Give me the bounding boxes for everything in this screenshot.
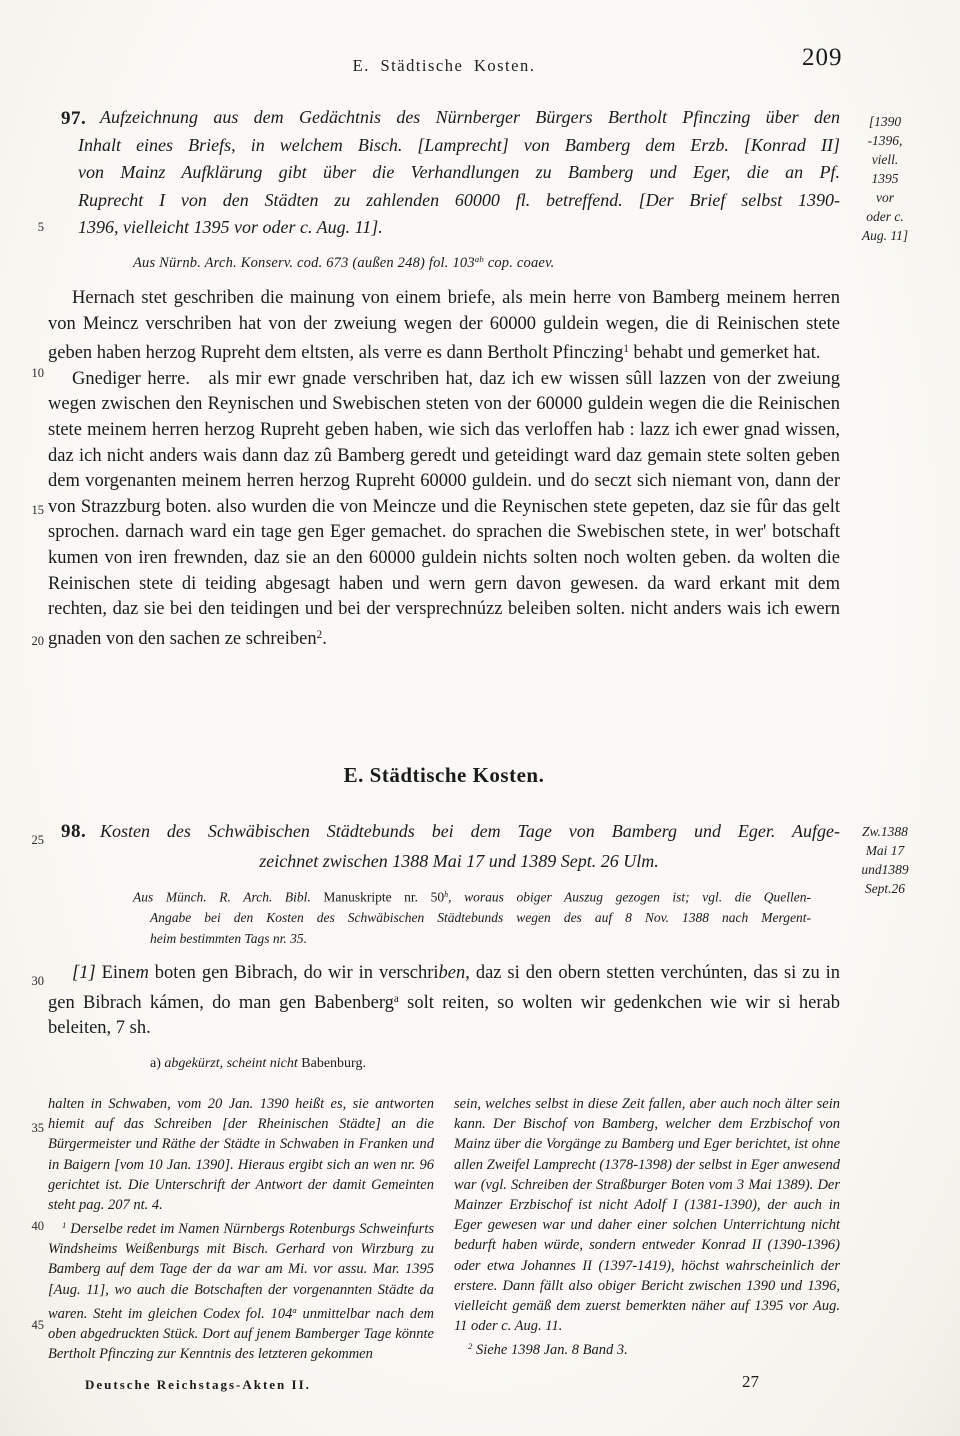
margin-note-line: Zw.1388 (845, 822, 925, 841)
paragraph-text: . (322, 629, 327, 649)
source-text: Aus Münch. R. Arch. Bibl. (133, 889, 323, 904)
margin-note-line: 1395 (845, 169, 925, 188)
paragraph-text: Gnediger herre. als mir ewr gnade versch… (48, 369, 840, 649)
footnote-column-left: halten in Schwaben, vom 20 Jan. 1390 hei… (48, 1094, 434, 1364)
line-number: 5 (24, 220, 44, 235)
footnote-continuation: halten in Schwaben, vom 20 Jan. 1390 hei… (48, 1094, 434, 1215)
body-paragraph: Hernach stet geschriben die mainung von … (48, 286, 840, 367)
footnote-column-right: sein, welches selbst in diese Zeit falle… (454, 1094, 840, 1364)
heading-line: Inhalt eines Briefs, in welchem Bisch. [… (78, 132, 840, 160)
margin-note-line: und1389 (845, 860, 925, 879)
margin-note-line: Sept.26 (845, 879, 925, 898)
line-number: 25 (24, 833, 44, 848)
line-number: 10 (24, 366, 44, 381)
entry-98-heading: 98. Kosten des Schwäbischen Städtebunds … (78, 816, 840, 876)
margin-note-line: vor (845, 188, 925, 207)
margin-date-note-97: [1390 -1396, viell. 1395 vor oder c. Aug… (845, 112, 925, 245)
source-line: Angabe bei den Kosten des Schwäbischen S… (133, 907, 811, 928)
source-line: Aus Münch. R. Arch. Bibl. Manuskripte nr… (133, 884, 811, 907)
page-number: 209 (802, 44, 843, 72)
entry-97-source-note: Aus Nürnb. Arch. Konserv. cod. 673 (auße… (133, 254, 554, 272)
line-number: 15 (24, 503, 44, 518)
paragraph-text: ben (439, 963, 466, 983)
footnote-text: Siehe 1398 Jan. 8 Band 3. (472, 1342, 627, 1358)
paragraph-text: [1] (72, 963, 102, 983)
line-number: 35 (24, 1121, 44, 1136)
heading-line: zeichnet zwischen 1388 Mai 17 und 1389 S… (78, 846, 840, 876)
margin-note-line: [1390 (845, 112, 925, 131)
margin-note-line: viell. (845, 150, 925, 169)
footnote-2: 2 Siehe 1398 Jan. 8 Band 3. (454, 1336, 840, 1360)
margin-note-line: oder c. (845, 207, 925, 226)
note-text: Babenburg. (301, 1056, 366, 1071)
note-text: abgekürzt, scheint nicht (164, 1056, 301, 1071)
line-number: 20 (24, 634, 44, 649)
margin-note-line: Mai 17 (845, 841, 925, 860)
section-heading: E. Städtische Kosten. (48, 763, 840, 788)
heading-line: Aufzeichnung aus dem Gedächtnis des Nürn… (78, 104, 840, 132)
body-paragraph: [1] Einem boten gen Bibrach, do wir in v… (48, 961, 840, 1042)
footer-signature: Deutsche Reichstags-Akten II. (85, 1377, 311, 1393)
line-number: 40 (24, 1219, 44, 1234)
line-number: 30 (24, 974, 44, 989)
heading-line: Ruprecht I von den Städten zu zahlenden … (78, 187, 840, 215)
body-paragraph: Gnediger herre. als mir ewr gnade versch… (48, 367, 840, 653)
footnote-continuation: sein, welches selbst in diese Zeit falle… (454, 1094, 840, 1336)
running-header: E. Städtische Kosten. (48, 56, 840, 76)
heading-line: Kosten des Schwäbischen Städtebunds bei … (78, 816, 840, 846)
source-line: heim bestimmten Tags nr. 35. (133, 928, 811, 949)
margin-date-note-98: Zw.1388 Mai 17 und1389 Sept.26 (845, 822, 925, 898)
textual-note-a: a) abgekürzt, scheint nicht Babenburg. (150, 1056, 366, 1072)
paragraph-text: behabt und gemerket hat. (629, 343, 821, 363)
entry-97-number: 97. (61, 105, 86, 133)
footnote-section: halten in Schwaben, vom 20 Jan. 1390 hei… (48, 1094, 840, 1364)
source-text: , woraus obiger Auszug gezogen ist; vgl.… (448, 889, 811, 904)
entry-98-number: 98. (61, 817, 86, 847)
source-text: Aus Nürnb. Arch. Konserv. cod. 673 (auße… (133, 255, 475, 271)
entry-98-body: [1] Einem boten gen Bibrach, do wir in v… (48, 961, 840, 1042)
heading-line: 1396, vielleicht 1395 vor oder c. Aug. 1… (78, 214, 840, 242)
entry-97-heading: 97. Aufzeichnung aus dem Gedächtnis des … (78, 104, 840, 242)
margin-note-line: Aug. 11] (845, 226, 925, 245)
heading-line: von Mainz Aufklärung gibt über die Verha… (78, 159, 840, 187)
sheet-number: 27 (742, 1372, 759, 1392)
superscript: ab (475, 254, 484, 264)
source-text: Manuskripte nr. 50 (323, 889, 444, 904)
entry-98-source-note: Aus Münch. R. Arch. Bibl. Manuskripte nr… (133, 884, 811, 949)
margin-note-line: -1396, (845, 131, 925, 150)
note-label: a) (150, 1056, 164, 1071)
book-page: 5 10 15 20 25 30 35 40 45 [1390 -1396, v… (0, 0, 960, 1436)
footnote-1: 1 Derselbe redet im Namen Nürnbergs Rote… (48, 1215, 434, 1364)
paragraph-text: Eine (102, 963, 136, 983)
line-number: 45 (24, 1318, 44, 1333)
paragraph-text: m (136, 963, 149, 983)
source-text: cop. coaev. (484, 255, 555, 271)
entry-97-body: Hernach stet geschriben die mainung von … (48, 286, 840, 653)
paragraph-text: boten gen Bibrach, do wir in verschri (149, 963, 439, 983)
